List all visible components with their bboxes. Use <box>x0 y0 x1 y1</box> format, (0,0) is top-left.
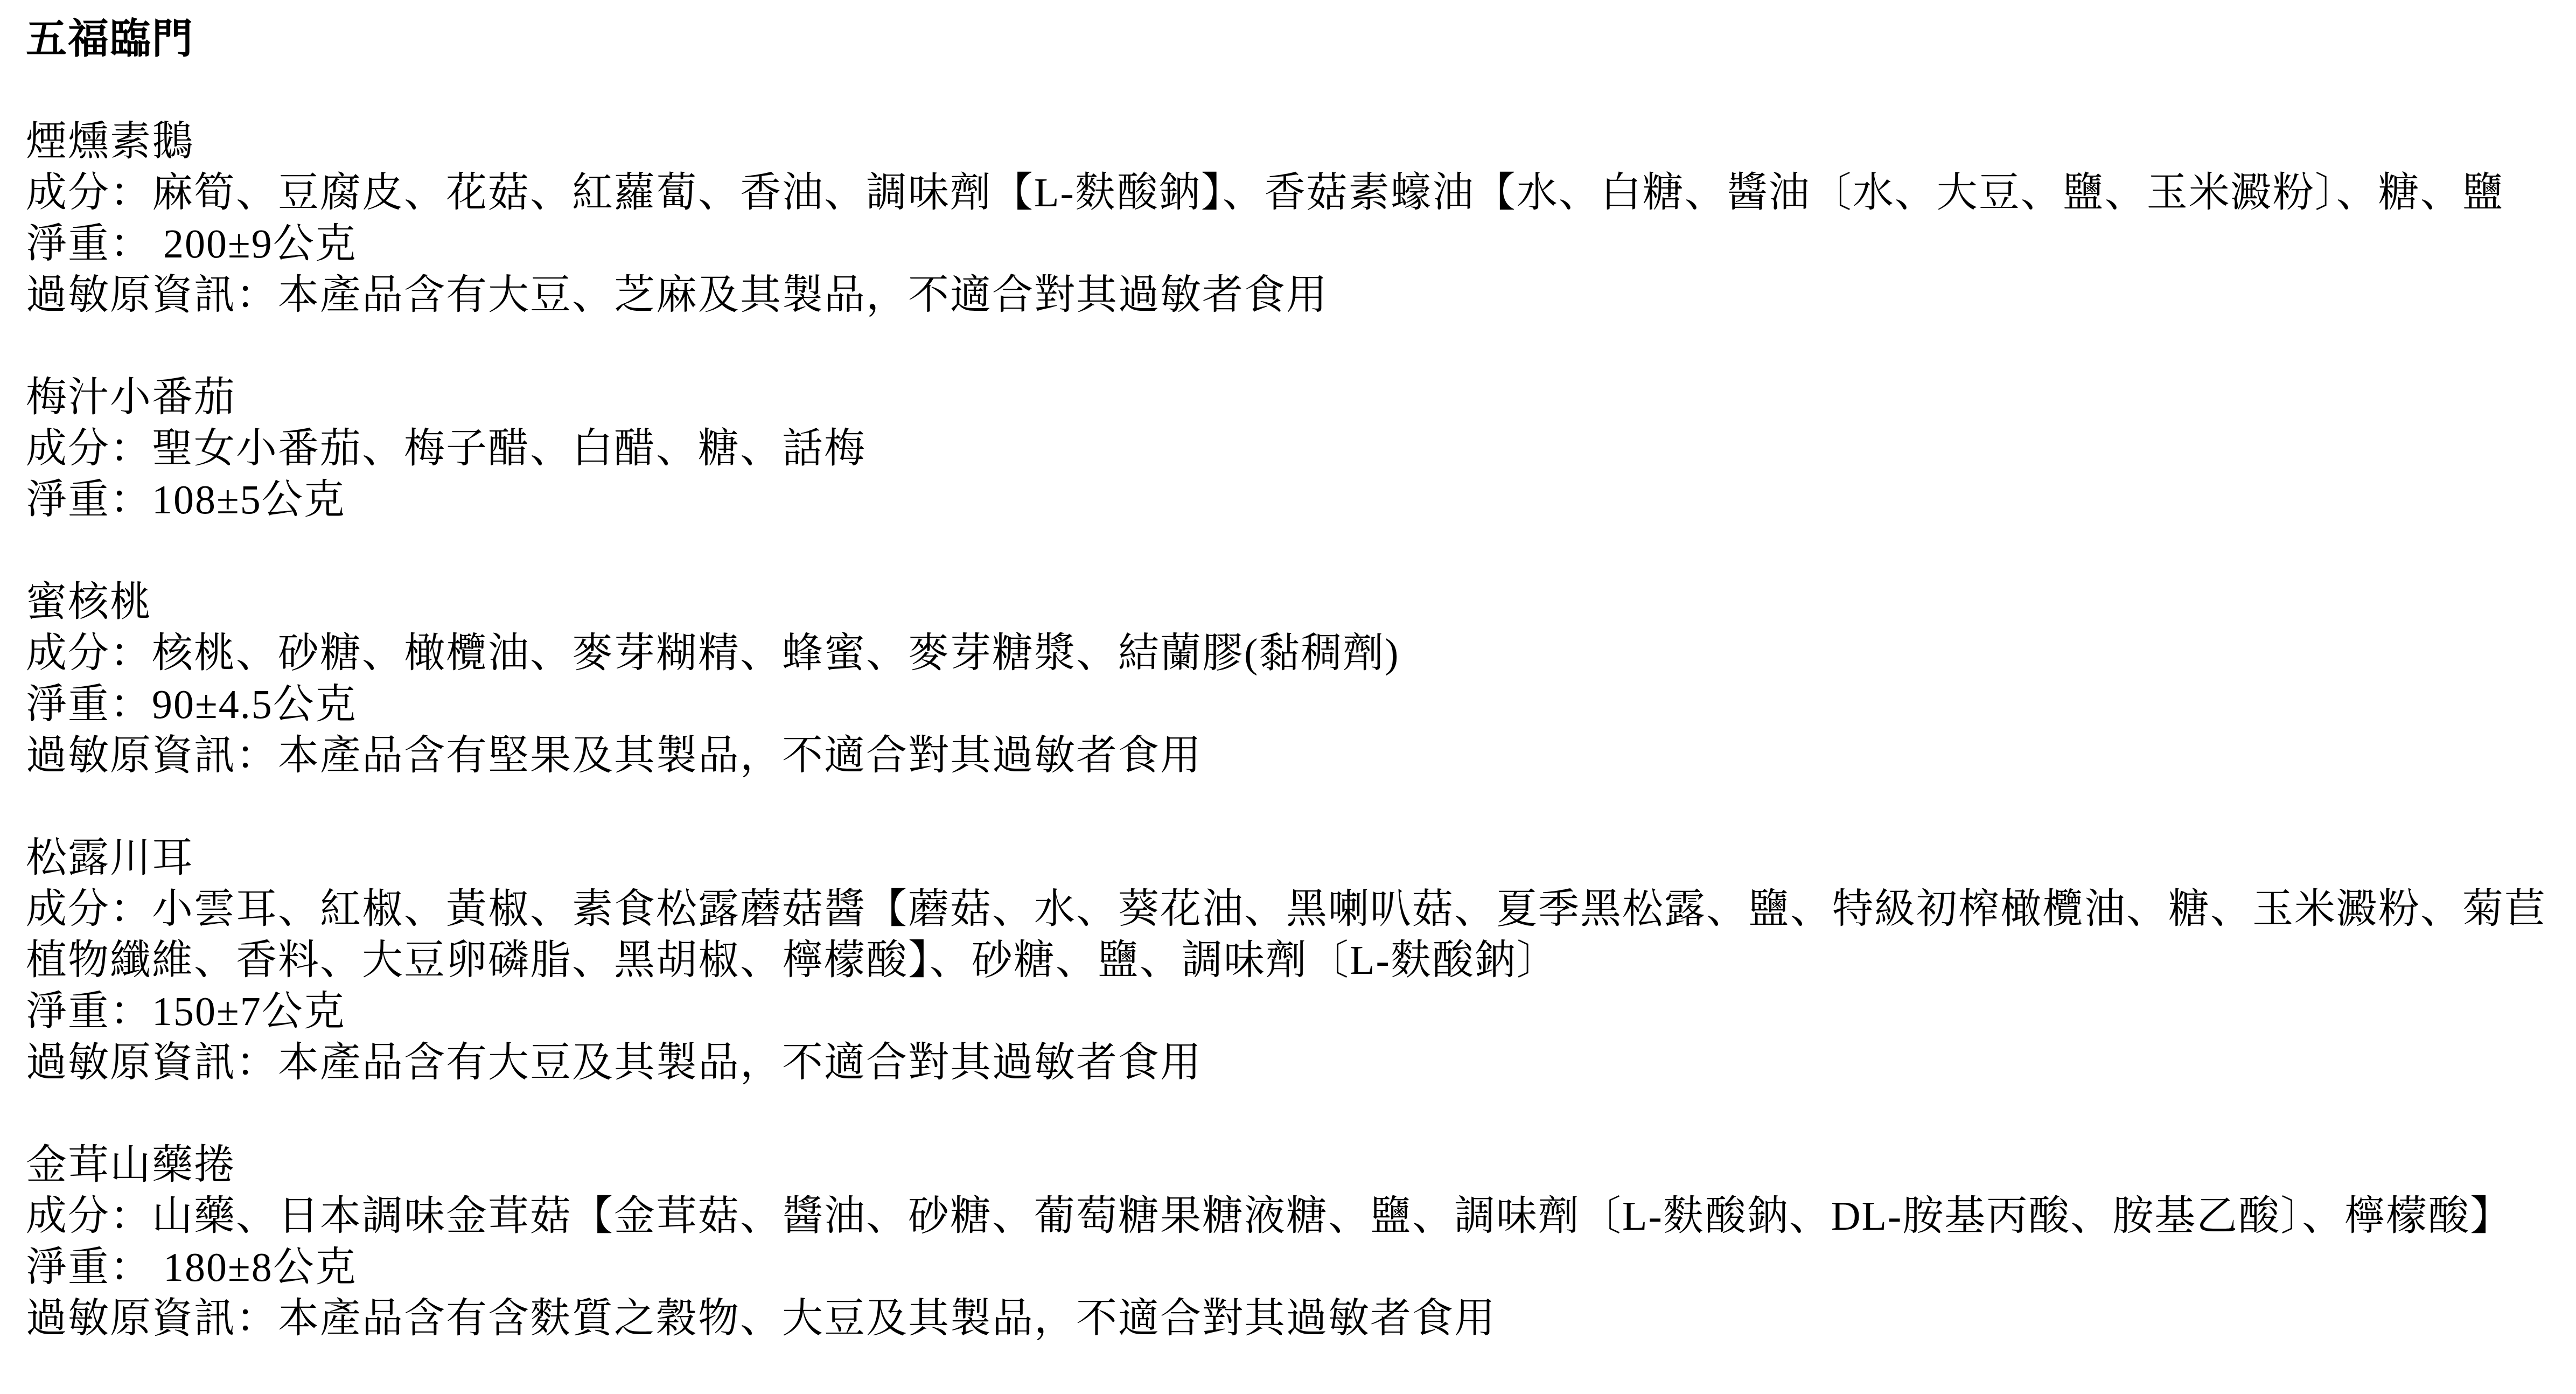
blank-line <box>26 526 2576 577</box>
product-net-weight: 淨重：108±5公克 <box>26 475 2576 526</box>
product-section-truffle-wood-ear: 松露川耳 成分：小雲耳、紅椒、黃椒、素食松露蘑菇醬【蘑菇、水、葵花油、黑喇叭菇、… <box>26 833 2576 1089</box>
product-allergen-info: 過敏原資訊：本產品含有堅果及其製品，不適合對其過敏者食用 <box>26 730 2576 782</box>
blank-line <box>26 1089 2576 1140</box>
product-net-weight: 淨重：150±7公克 <box>26 986 2576 1037</box>
product-section-smoked-vegetarian-goose: 煙燻素鵝 成分：麻筍、豆腐皮、花菇、紅蘿蔔、香油、調味劑【L-麩酸鈉】、香菇素蠔… <box>26 116 2576 321</box>
product-name: 煙燻素鵝 <box>26 116 2576 168</box>
page-title: 五福臨門 <box>26 14 2576 65</box>
product-ingredients-line: 成分：山藥、日本調味金茸菇【金茸菇、醬油、砂糖、葡萄糖果糖液糖、鹽、調味劑〔L-… <box>26 1191 2576 1242</box>
blank-line <box>26 65 2576 116</box>
product-ingredients-line: 成分：麻筍、豆腐皮、花菇、紅蘿蔔、香油、調味劑【L-麩酸鈉】、香菇素蠔油【水、白… <box>26 168 2576 219</box>
product-net-weight: 淨重：90±4.5公克 <box>26 679 2576 730</box>
product-net-weight: 淨重： 200±9公克 <box>26 219 2576 270</box>
product-ingredients-line: 成分：小雲耳、紅椒、黃椒、素食松露蘑菇醬【蘑菇、水、葵花油、黑喇叭菇、夏季黑松露… <box>26 884 2576 935</box>
product-ingredients-line: 成分：聖女小番茄、梅子醋、白醋、糖、話梅 <box>26 423 2576 475</box>
product-allergen-info: 過敏原資訊：本產品含有大豆、芝麻及其製品，不適合對其過敏者食用 <box>26 270 2576 321</box>
product-ingredients-line: 植物纖維、香料、大豆卵磷脂、黑胡椒、檸檬酸】、砂糖、鹽、調味劑〔L-麩酸鈉〕 <box>26 935 2576 986</box>
document-body: 五福臨門 煙燻素鵝 成分：麻筍、豆腐皮、花菇、紅蘿蔔、香油、調味劑【L-麩酸鈉】… <box>0 0 2576 1344</box>
product-allergen-info: 過敏原資訊：本產品含有含麩質之穀物、大豆及其製品，不適合對其過敏者食用 <box>26 1293 2576 1344</box>
product-net-weight: 淨重： 180±8公克 <box>26 1242 2576 1293</box>
blank-line <box>26 782 2576 833</box>
product-section-honey-walnut: 蜜核桃 成分：核桃、砂糖、橄欖油、麥芽糊精、蜂蜜、麥芽糖漿、結蘭膠(黏稠劑) 淨… <box>26 577 2576 782</box>
blank-line <box>26 321 2576 372</box>
product-name: 梅汁小番茄 <box>26 372 2576 423</box>
product-name: 蜜核桃 <box>26 577 2576 628</box>
product-ingredients-line: 成分：核桃、砂糖、橄欖油、麥芽糊精、蜂蜜、麥芽糖漿、結蘭膠(黏稠劑) <box>26 628 2576 679</box>
product-name: 松露川耳 <box>26 833 2576 884</box>
product-section-enoki-yam-roll: 金茸山藥捲 成分：山藥、日本調味金茸菇【金茸菇、醬油、砂糖、葡萄糖果糖液糖、鹽、… <box>26 1140 2576 1344</box>
product-name: 金茸山藥捲 <box>26 1140 2576 1191</box>
product-allergen-info: 過敏原資訊：本產品含有大豆及其製品，不適合對其過敏者食用 <box>26 1037 2576 1089</box>
product-section-plum-cherry-tomato: 梅汁小番茄 成分：聖女小番茄、梅子醋、白醋、糖、話梅 淨重：108±5公克 <box>26 372 2576 526</box>
